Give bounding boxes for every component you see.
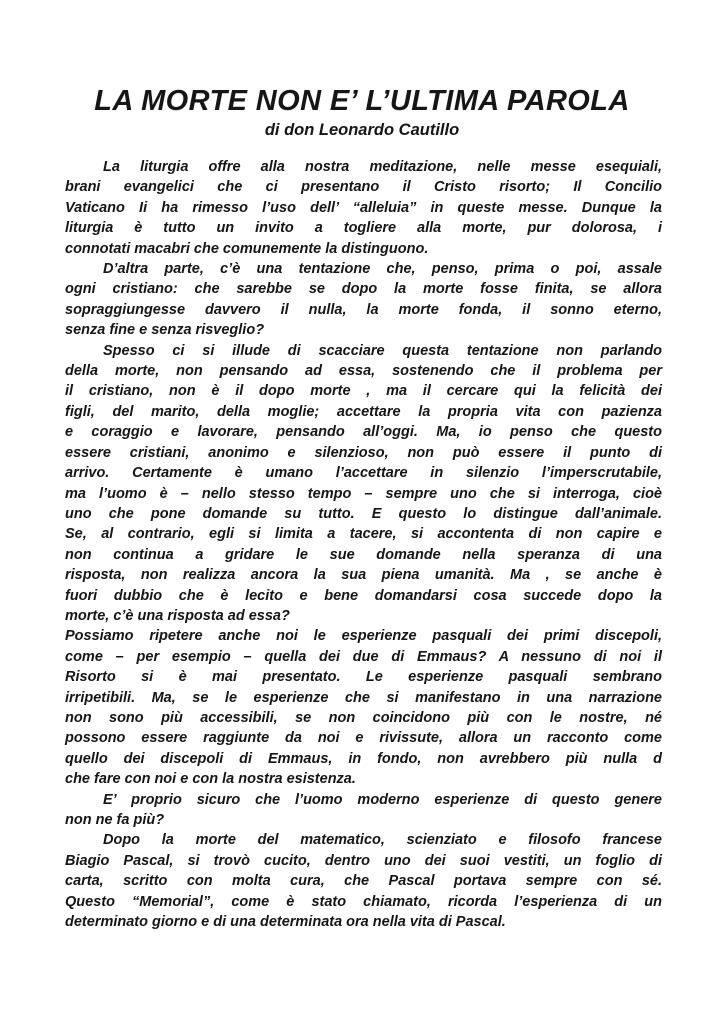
paragraph: La liturgia offre alla nostra meditazion… <box>65 157 662 259</box>
text-line: Dopo la morte del matematico, scienziato… <box>65 830 662 850</box>
text-line: Se, al contrario, egli si limita a tacer… <box>65 524 662 544</box>
text-line: Vaticano Ii ha rimesso l’uso dell’ “alle… <box>65 198 662 218</box>
text-line: il cristiano, non è il dopo morte , ma i… <box>65 381 662 401</box>
text-line: sopraggiungesse davvero il nulla, la mor… <box>65 300 662 320</box>
text-line: D’altra parte, c’è una tentazione che, p… <box>65 259 662 279</box>
text-line: arrivo. Certamente è umano l’accettare i… <box>65 463 662 483</box>
text-line: ma l’uomo è – nello stesso tempo – sempr… <box>65 484 662 504</box>
text-line: brani evangelici che ci presentano il Cr… <box>65 177 662 197</box>
text-line: figli, del marito, della moglie; accetta… <box>65 402 662 422</box>
document-page: LA MORTE NON E’ L’ULTIMA PAROLA di don L… <box>0 0 724 1024</box>
text-line: non sono più accessibili, se non coincid… <box>65 708 662 728</box>
text-line: come – per esempio – quella dei due di E… <box>65 647 662 667</box>
text-line: Biagio Pascal, si trovò cucito, dentro u… <box>65 851 662 871</box>
paragraph: Possiamo ripetere anche noi le esperienz… <box>65 626 662 789</box>
text-line: della morte, non pensando ad essa, soste… <box>65 361 662 381</box>
text-line: non ne fa più? <box>65 810 662 830</box>
text-line: fuori dubbio che è lecito e bene domanda… <box>65 586 662 606</box>
text-line: determinato giorno e di una determinata … <box>65 912 662 932</box>
text-line: Questo “Memorial”, come è stato chiamato… <box>65 892 662 912</box>
text-line: morte, c’è una risposta ad essa? <box>65 606 662 626</box>
text-line: quello dei discepoli di Emmaus, in fondo… <box>65 749 662 769</box>
text-line: connotati macabri che comunemente la dis… <box>65 239 662 259</box>
document-title: LA MORTE NON E’ L’ULTIMA PAROLA <box>0 0 724 118</box>
text-line: non continua a gridare le sue domande ne… <box>65 545 662 565</box>
document-body: La liturgia offre alla nostra meditazion… <box>65 157 662 932</box>
text-line: che fare con noi e con la nostra esisten… <box>65 769 662 789</box>
document-subtitle: di don Leonardo Cautillo <box>0 120 724 140</box>
text-line: Spesso ci si illude di scacciare questa … <box>65 341 662 361</box>
text-line: e coraggio e lavorare, pensando all’oggi… <box>65 422 662 442</box>
text-line: liturgia è tutto un invito a togliere al… <box>65 218 662 238</box>
text-line: E’ proprio sicuro che l’uomo moderno esp… <box>65 790 662 810</box>
text-line: risposta, non realizza ancora la sua pie… <box>65 565 662 585</box>
paragraph: D’altra parte, c’è una tentazione che, p… <box>65 259 662 341</box>
text-line: possono essere raggiunte da noi e riviss… <box>65 728 662 748</box>
paragraph: Dopo la morte del matematico, scienziato… <box>65 830 662 932</box>
paragraph: E’ proprio sicuro che l’uomo moderno esp… <box>65 790 662 831</box>
text-line: senza fine e senza risveglio? <box>65 320 662 340</box>
text-line: uno che pone domande su tutto. E questo … <box>65 504 662 524</box>
text-line: ogni cristiano: che sarebbe se dopo la m… <box>65 279 662 299</box>
text-line: carta, scritto con molta cura, che Pasca… <box>65 871 662 891</box>
text-line: Risorto si è mai presentato. Le esperien… <box>65 667 662 687</box>
text-line: essere cristiani, anonimo e silenzioso, … <box>65 443 662 463</box>
paragraph: Spesso ci si illude di scacciare questa … <box>65 341 662 627</box>
text-line: La liturgia offre alla nostra meditazion… <box>65 157 662 177</box>
text-line: irripetibili. Ma, se le esperienze che s… <box>65 688 662 708</box>
text-line: Possiamo ripetere anche noi le esperienz… <box>65 626 662 646</box>
